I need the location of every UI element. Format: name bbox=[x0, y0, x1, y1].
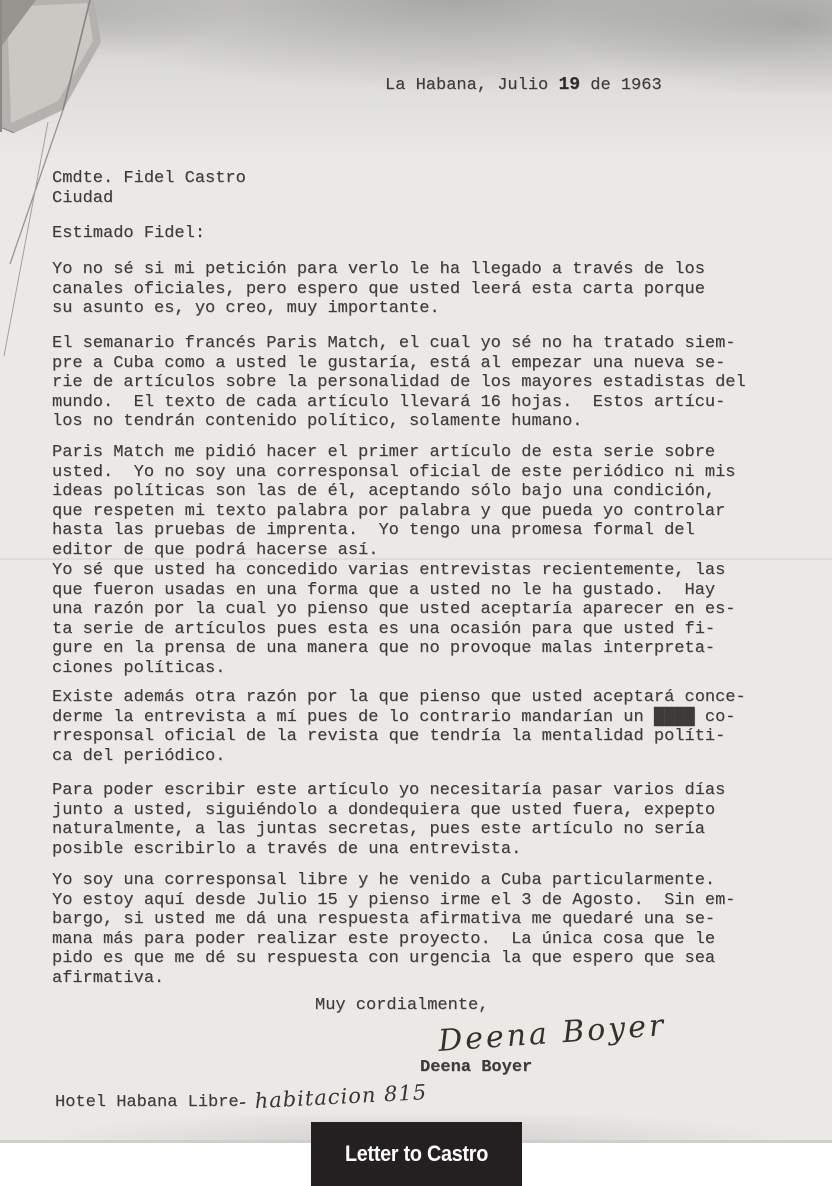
caption-label: Letter to Castro bbox=[345, 1141, 488, 1167]
paragraph-2: El semanario francés Paris Match, el cua… bbox=[52, 334, 746, 432]
letter-scan: La Habana, Julio 19 de 1963 Cmdte. Fidel… bbox=[0, 0, 832, 1143]
footer-line: Hotel Habana Libre- habitacion 815 bbox=[55, 1090, 427, 1113]
letter-date: La Habana, Julio 19 de 1963 bbox=[385, 76, 662, 96]
hotel-name: Hotel Habana Libre bbox=[55, 1093, 239, 1112]
paragraph-7: Yo soy una corresponsal libre y he venid… bbox=[52, 871, 736, 988]
paragraph-3: Paris Match me pidió hacer el primer art… bbox=[52, 443, 736, 560]
closing-line: Muy cordialmente, bbox=[315, 996, 488, 1016]
recipient-address: Cmdte. Fidel Castro Ciudad bbox=[52, 169, 246, 208]
caption-box: Letter to Castro bbox=[311, 1122, 522, 1186]
paragraph-6: Para poder escribir este artículo yo nec… bbox=[52, 781, 725, 859]
page: La Habana, Julio 19 de 1963 Cmdte. Fidel… bbox=[0, 0, 832, 1186]
paragraph-1: Yo no sé si mi petición para verlo le ha… bbox=[52, 260, 705, 319]
handwritten-signature: Deena Boyer bbox=[437, 1008, 667, 1059]
date-prefix: La Habana, Julio bbox=[385, 76, 558, 95]
paragraph-5: Existe además otra razón por la que pien… bbox=[52, 688, 746, 766]
salutation: Estimado Fidel: bbox=[52, 224, 205, 244]
typed-signature: Deena Boyer bbox=[420, 1058, 532, 1078]
handwritten-room-number: - habitacion 815 bbox=[238, 1083, 427, 1112]
date-suffix: de 1963 bbox=[580, 76, 662, 95]
paragraph-4: Yo sé que usted ha concedido varias entr… bbox=[52, 561, 736, 678]
date-day: 19 bbox=[558, 75, 580, 95]
